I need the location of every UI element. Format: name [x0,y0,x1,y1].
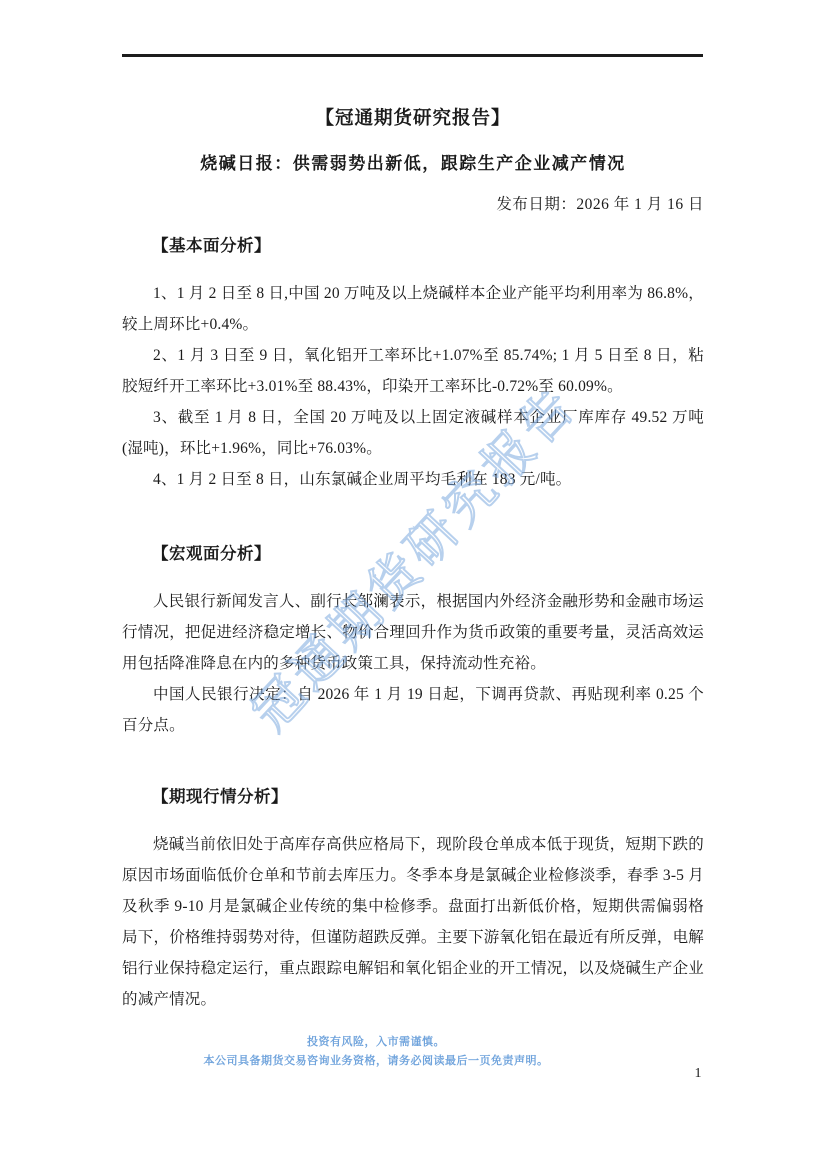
paragraph: 1、1 月 2 日至 8 日,中国 20 万吨及以上烧碱样本企业产能平均利用率为… [122,278,704,340]
section: 【基本面分析】1、1 月 2 日至 8 日,中国 20 万吨及以上烧碱样本企业产… [122,236,704,495]
paragraph: 3、截至 1 月 8 日，全国 20 万吨及以上固定液碱样本企业厂库库存 49.… [122,402,704,464]
footer-disclaimer: 本公司具备期货交易咨询业务资格，请务必阅读最后一页免责声明。 [0,1052,752,1071]
report-series-title: 【冠通期货研究报告】 [122,106,704,132]
report-page: 【冠通期货研究报告】 烧碱日报：供需弱势出新低，跟踪生产企业减产情况 发布日期：… [0,0,826,1169]
paragraph: 2、1 月 3 日至 9 日，氧化铝开工率环比+1.07%至 85.74%; 1… [122,340,704,402]
section-heading: 【期现行情分析】 [122,787,704,807]
section: 【宏观面分析】人民银行新闻发言人、副行长邹澜表示，根据国内外经济金融形势和金融市… [122,544,704,741]
page-footer: 投资有风险，入市需谨慎。 本公司具备期货交易咨询业务资格，请务必阅读最后一页免责… [0,1033,752,1071]
section: 【期现行情分析】烧碱当前依旧处于高库存高供应格局下，现阶段仓单成本低于现货，短期… [122,787,704,1015]
report-title: 烧碱日报：供需弱势出新低，跟踪生产企业减产情况 [92,152,734,176]
paragraph: 中国人民银行决定：自 2026 年 1 月 19 日起，下调再贷款、再贴现利率 … [122,679,704,741]
page-number: 1 [688,1066,708,1082]
section-heading: 【宏观面分析】 [122,544,704,564]
section-heading: 【基本面分析】 [122,236,704,256]
paragraph: 烧碱当前依旧处于高库存高供应格局下，现阶段仓单成本低于现货，短期下跌的原因市场面… [122,829,704,1015]
top-rule [122,54,703,57]
publish-date: 发布日期：2026 年 1 月 16 日 [122,194,704,216]
paragraph: 4、1 月 2 日至 8 日，山东氯碱企业周平均毛利在 183 元/吨。 [122,464,704,495]
footer-risk-warning: 投资有风险，入市需谨慎。 [0,1033,752,1052]
paragraph: 人民银行新闻发言人、副行长邹澜表示，根据国内外经济金融形势和金融市场运行情况，把… [122,586,704,679]
